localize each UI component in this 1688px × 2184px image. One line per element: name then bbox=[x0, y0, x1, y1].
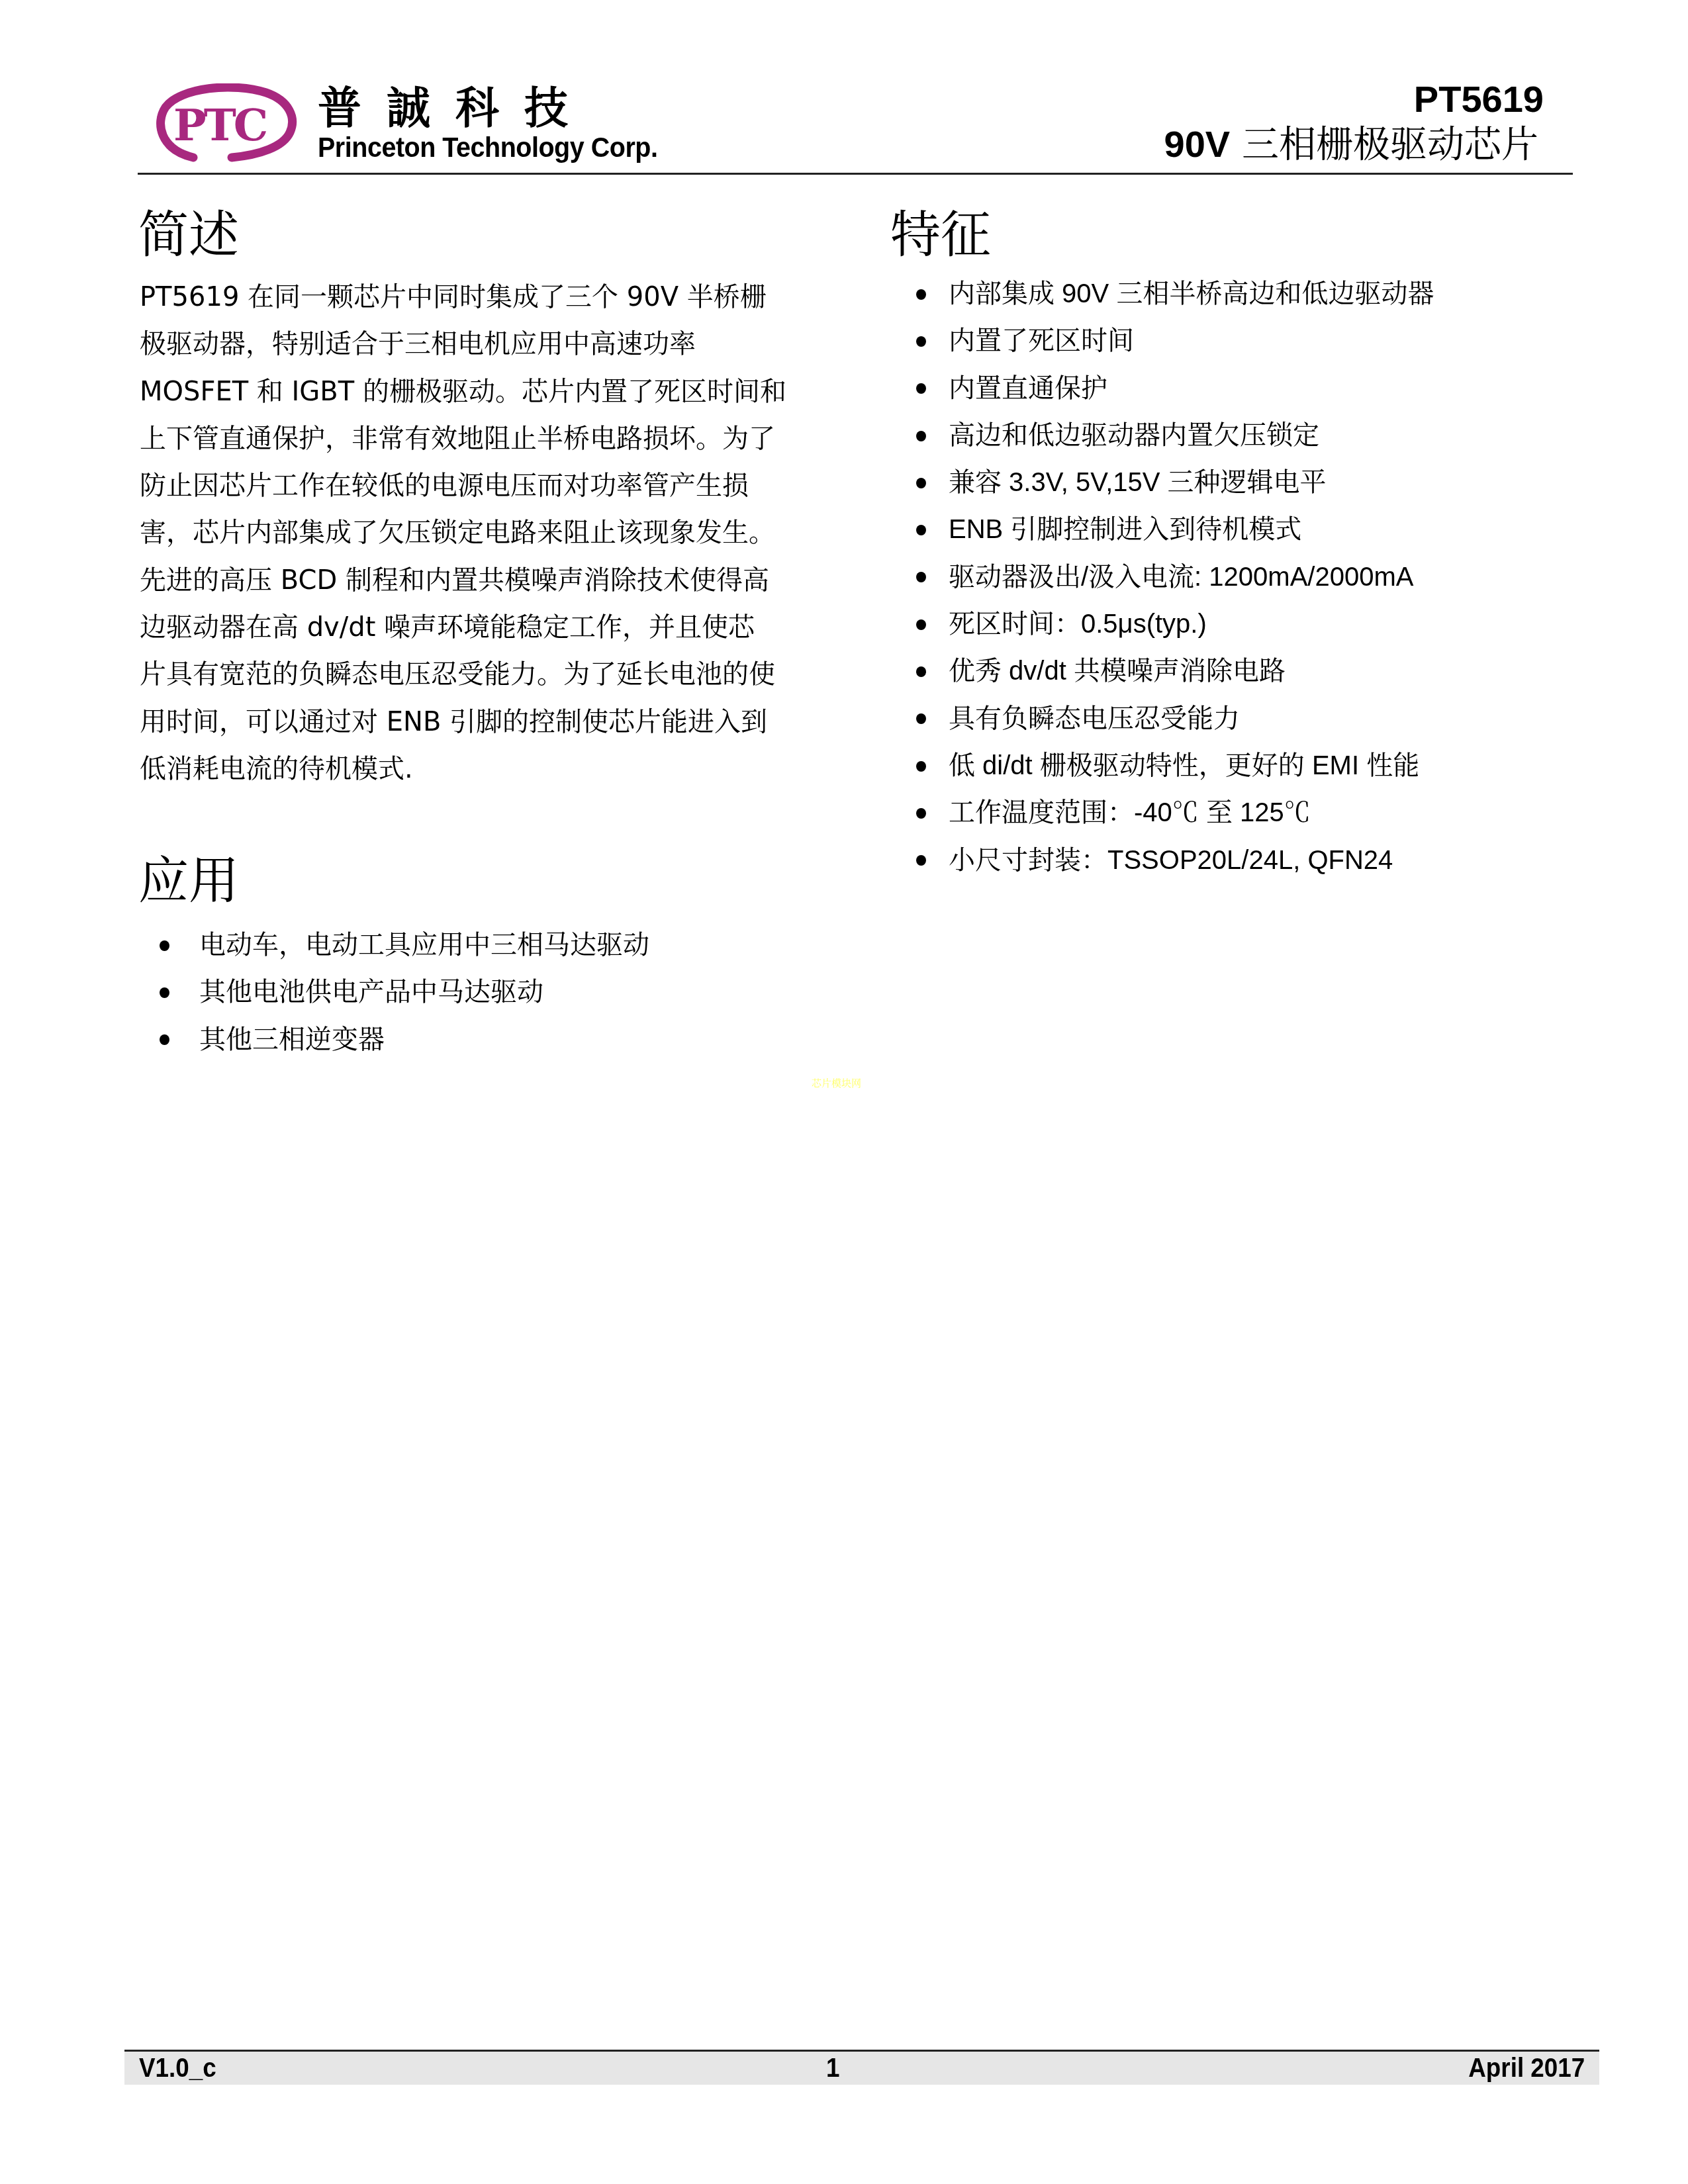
part-number: PT5619 bbox=[1414, 78, 1544, 120]
subtitle-voltage: 90V bbox=[1164, 123, 1231, 165]
company-name-en: Princeton Technology Corp. bbox=[318, 132, 657, 163]
bullet-icon bbox=[916, 336, 926, 347]
overview-line: 防止因芯片工作在较低的电源电压而对功率管产生损 bbox=[140, 463, 828, 510]
features-heading: 特征 bbox=[890, 205, 991, 265]
bullet-icon bbox=[916, 619, 926, 630]
bullet-icon bbox=[916, 289, 926, 300]
overview-line: 上下管直通保护，非常有效地阻止半桥电路损坏。为了 bbox=[140, 416, 828, 463]
bullet-icon bbox=[916, 572, 926, 582]
bullet-icon bbox=[916, 713, 926, 724]
bullet-icon bbox=[916, 383, 926, 394]
bullet-icon bbox=[916, 666, 926, 677]
overview-line: 害，芯片内部集成了欠压锁定电路来阻止该现象发生。 bbox=[140, 510, 828, 557]
document-date: April 2017 bbox=[1468, 2053, 1585, 2083]
overview-line: 用时间，可以通过对 ENB 引脚的控制使芯片能进入到 bbox=[140, 699, 828, 746]
subtitle-text: 三相栅极驱动芯片 bbox=[1230, 123, 1538, 166]
bullet-icon bbox=[916, 431, 926, 441]
overview-line: 片具有宽范的负瞬态电压忍受能力。为了延长电池的使 bbox=[140, 651, 828, 698]
bullet-icon bbox=[160, 940, 169, 951]
header-divider bbox=[138, 173, 1573, 175]
ptc-logo-icon: PTC bbox=[154, 83, 298, 165]
applications-heading: 应用 bbox=[138, 851, 239, 911]
bullet-icon bbox=[916, 478, 926, 488]
document-version: V1.0_c bbox=[139, 2053, 216, 2083]
watermark: 芯片模块网 bbox=[812, 1076, 861, 1090]
document-subtitle: 90V 三相栅极驱动芯片 bbox=[1164, 123, 1538, 166]
overview-line: 先进的高压 BCD 制程和内置共模噪声消除技术使得高 bbox=[140, 557, 828, 604]
bullet-icon bbox=[916, 525, 926, 535]
bullet-icon bbox=[916, 761, 926, 772]
overview-line: 低消耗电流的待机模式. bbox=[140, 746, 828, 793]
bullet-icon bbox=[916, 855, 926, 866]
overview-line: 边驱动器在高 dv/dt 噪声环境能稳定工作，并且使芯 bbox=[140, 604, 828, 651]
bullet-icon bbox=[916, 808, 926, 819]
overview-line: 极驱动器，特别适合于三相电机应用中高速功率 bbox=[140, 321, 828, 368]
page-footer: V1.0_c 1 April 2017 bbox=[124, 2050, 1599, 2085]
overview-line: PT5619 在同一颗芯片中同时集成了三个 90V 半桥栅 bbox=[140, 274, 828, 321]
bullet-icon bbox=[160, 987, 169, 998]
bullet-icon bbox=[160, 1034, 169, 1045]
overview-paragraph: PT5619 在同一颗芯片中同时集成了三个 90V 半桥栅 极驱动器，特别适合于… bbox=[140, 274, 828, 793]
page-number: 1 bbox=[826, 2053, 839, 2083]
company-name-cn: 普誠科技 bbox=[318, 85, 593, 132]
svg-text:PTC: PTC bbox=[173, 99, 267, 151]
overview-heading: 简述 bbox=[138, 205, 239, 265]
overview-line: MOSFET 和 IGBT 的栅极驱动。芯片内置了死区时间和 bbox=[140, 369, 828, 416]
